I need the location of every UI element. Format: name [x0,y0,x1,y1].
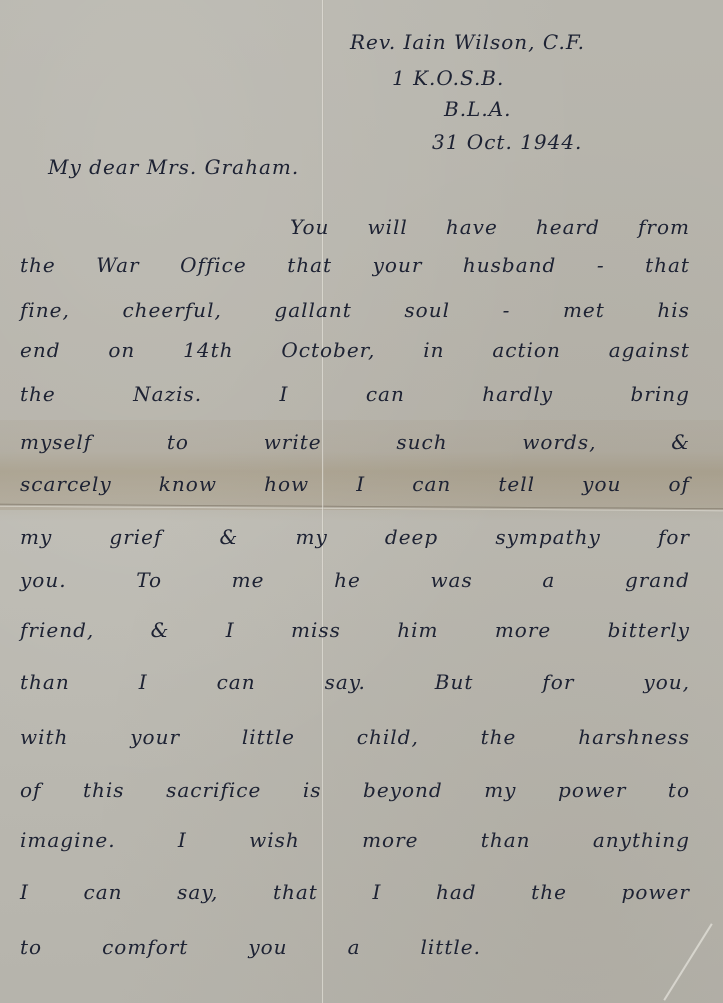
word: myself [20,430,92,454]
word: action [492,338,560,362]
body-line: Icansay,thatIhadthepower [20,880,690,904]
word: - [597,253,605,277]
word: grief [109,525,162,549]
vertical-fold-crease [322,0,324,1003]
word: bitterly [608,618,690,642]
word: October, [281,338,375,362]
body-line: theNazis.Icanhardlybring [20,382,690,406]
word: I [372,880,381,904]
word: can [366,382,405,406]
salutation: My dear Mrs. Graham. [48,155,299,179]
word: this [83,778,125,802]
word: know [159,472,217,496]
word: how [264,472,309,496]
word: little. [421,935,481,959]
word: fine, [20,298,70,322]
word: my [20,525,52,549]
body-line: endon14thOctober,inactionagainst [20,338,690,362]
word: beyond [363,778,443,802]
word: power [558,778,626,802]
word: to [668,778,690,802]
word: gallant [274,298,351,322]
word: sympathy [495,525,600,549]
word: against [609,338,690,362]
word: deep [385,525,438,549]
word: him [397,618,438,642]
word: than [20,670,70,694]
word: little [242,725,295,749]
word: I [178,828,187,852]
word: anything [593,828,690,852]
word: his [657,298,690,322]
word: he [334,568,361,592]
word: was [430,568,472,592]
word: your [130,725,180,749]
word: say. [325,670,366,694]
word: than [481,828,531,852]
body-line: fine,cheerful,gallantsoul-methis [20,298,690,322]
word: War [96,253,139,277]
word: met [563,298,605,322]
word: your [373,253,423,277]
word: heard [536,215,600,239]
word: husband [463,253,556,277]
word: child, [357,725,419,749]
word: you. [20,568,67,592]
word: soul [404,298,450,322]
word: for [658,525,690,549]
word: miss [291,618,341,642]
word: such [396,430,447,454]
word: can [217,670,256,694]
word: from [638,215,690,239]
word: You [290,215,329,239]
body-line: tocomfortyoualittle. [20,935,690,959]
word: I [356,472,365,496]
body-line: imagine.Iwishmorethananything [20,828,690,852]
letter-paper: Rev. Iain Wilson, C.F. 1 K.O.S.B. B.L.A.… [0,0,723,1003]
sender-unit: 1 K.O.S.B. [392,66,504,90]
word: tell [498,472,535,496]
word: to [167,430,189,454]
body-line: myselftowritesuchwords,& [20,430,690,454]
word: have [446,215,498,239]
word: - [503,298,511,322]
word: say, [177,880,218,904]
word: the [481,725,517,749]
word: my [296,525,328,549]
word: that [287,253,332,277]
word: & [151,618,170,642]
word: harshness [578,725,690,749]
word: with [20,725,68,749]
word: that [645,253,690,277]
word: To [136,568,162,592]
word: 14th [183,338,233,362]
word: friend, [20,618,94,642]
word: you, [643,670,690,694]
word: the [20,253,56,277]
body-line: you.Tomehewasagrand [20,568,690,592]
body-line: mygrief&mydeepsympathyfor [20,525,690,549]
word: I [20,880,29,904]
body-line: thanIcansay.Butforyou, [20,670,690,694]
word: you [582,472,621,496]
word: write [264,430,322,454]
word: I [139,670,148,694]
word: imagine. [20,828,116,852]
word: scarcely [20,472,112,496]
letter-date: 31 Oct. 1944. [432,130,582,154]
word: a [542,568,555,592]
word: of [20,778,41,802]
body-line: Youwillhaveheardfrom [290,215,690,239]
word: for [542,670,574,694]
word: & [671,430,690,454]
word: in [423,338,444,362]
body-line: theWarOfficethatyourhusband-that [20,253,690,277]
word: Office [180,253,247,277]
word: comfort [102,935,188,959]
word: will [367,215,407,239]
sender-name: Rev. Iain Wilson, C.F. [350,30,585,54]
word: to [20,935,42,959]
word: on [108,338,135,362]
word: more [495,618,551,642]
word: end [20,338,61,362]
word: cheerful, [122,298,221,322]
word: you [248,935,287,959]
body-line: friend,&Imisshimmorebitterly [20,618,690,642]
word: words, [522,430,596,454]
word: grand [625,568,690,592]
body-line: ofthissacrificeisbeyondmypowerto [20,778,690,802]
word: a [348,935,361,959]
word: hardly [482,382,553,406]
word: sacrifice [166,778,261,802]
word: I [226,618,235,642]
word: power [622,880,690,904]
word: Nazis. [133,382,202,406]
word: of [669,472,690,496]
word: wish [249,828,300,852]
word: me [232,568,265,592]
word: bring [631,382,690,406]
body-line: withyourlittlechild,theharshness [20,725,690,749]
word: had [436,880,477,904]
word: that [273,880,318,904]
word: is [303,778,322,802]
word: But [435,670,474,694]
word: & [220,525,239,549]
sender-force: B.L.A. [444,97,512,121]
word: can [84,880,123,904]
word: can [412,472,451,496]
word: the [20,382,56,406]
body-line: scarcelyknowhowIcantellyouof [20,472,690,496]
word: more [362,828,418,852]
word: my [484,778,516,802]
word: I [280,382,289,406]
word: the [531,880,567,904]
